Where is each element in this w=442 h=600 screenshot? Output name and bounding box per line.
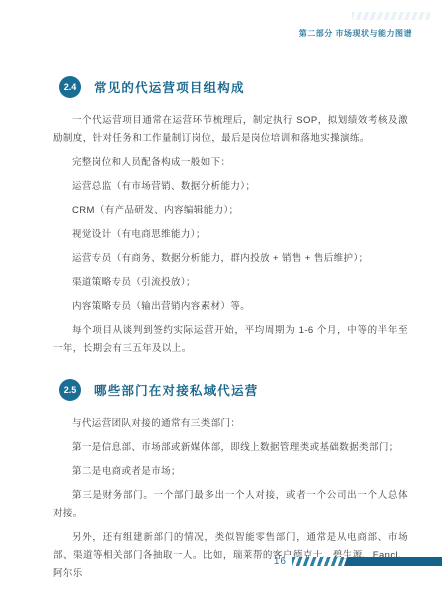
footer-bar-decoration [344, 557, 442, 566]
list-item: 渠道策略专员（引流投放）； [53, 274, 408, 292]
page-header: 第二部分 市场现状与能力图谱 [299, 28, 412, 39]
list-item: 运营总监（有市场营销、数据分析能力）； [53, 178, 408, 196]
paragraph: 一个代运营项目通常在运营环节梳理后，制定执行 SOP，拟划绩效考核及激励制度，针… [53, 112, 408, 148]
report-page: 第二部分 市场现状与能力图谱 2.4 常见的代运营项目组构成 一个代运营项目通常… [0, 0, 442, 600]
top-slash-decoration [352, 12, 430, 20]
page-content: 2.4 常见的代运营项目组构成 一个代运营项目通常在运营环节梳理后，制定执行 S… [53, 76, 408, 589]
list-item: CRM（有产品研发、内容编辑能力）； [53, 202, 408, 220]
list-item: 第三是财务部门。一个部门最多出一个人对接，或者一个公司出一个人总体对接。 [53, 487, 408, 523]
page-footer: 16 [274, 556, 442, 567]
paragraph: 完整岗位和人员配备构成一般如下： [53, 154, 408, 172]
list-item: 运营专员（有商务、数据分析能力，群内投放 + 销售 + 售后维护）； [53, 250, 408, 268]
footer-slash-decoration [292, 557, 344, 566]
paragraph: 每个项目从谈判到签约实际运营开始，平均周期为 1-6 个月，中等的半年至一年，长… [53, 322, 408, 358]
header-section-label: 第二部分 市场现状与能力图谱 [299, 29, 412, 38]
section-2-4-body: 一个代运营项目通常在运营环节梳理后，制定执行 SOP，拟划绩效考核及激励制度，针… [53, 112, 408, 358]
page-number: 16 [274, 556, 287, 567]
section-2-4-header: 2.4 常见的代运营项目组构成 [59, 76, 408, 98]
section-title: 常见的代运营项目组构成 [94, 78, 245, 96]
section-number-badge: 2.5 [59, 379, 81, 401]
section-number-badge: 2.4 [59, 76, 81, 98]
section-2-5-header: 2.5 哪些部门在对接私域代运营 [59, 379, 408, 401]
list-item: 第二是电商或者是市场； [53, 463, 408, 481]
list-item: 第一是信息部、市场部或新媒体部，即线上数据管理类或基础数据类部门； [53, 439, 408, 457]
section-title: 哪些部门在对接私域代运营 [94, 381, 258, 399]
list-item: 视觉设计（有电商思维能力）； [53, 226, 408, 244]
list-item: 内容策略专员（输出营销内容素材）等。 [53, 298, 408, 316]
paragraph: 与代运营团队对接的通常有三类部门： [53, 415, 408, 433]
